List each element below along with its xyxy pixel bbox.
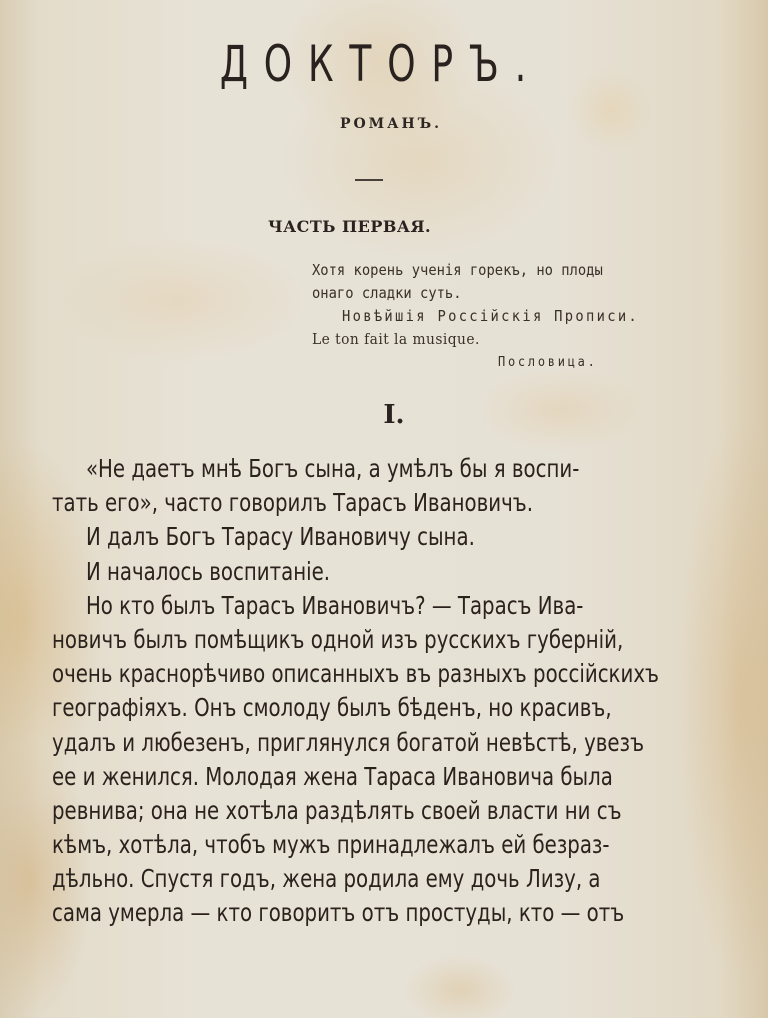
epigraph: Хотя корень ученія горекъ, но плоды онаг…: [312, 259, 712, 374]
title-divider: [355, 179, 383, 181]
epigraph-attribution: Пословица.: [498, 351, 695, 374]
epigraph-attribution: Новѣйшія Россійскія Прописи.: [342, 305, 682, 328]
text-line: ее и женился. Молодая жена Тараса Иванов…: [52, 760, 566, 794]
epigraph-line: онаго сладки суть.: [312, 282, 680, 305]
text-line: кѣмъ, хотѣла, чтобъ мужъ принадлежалъ ей…: [52, 828, 566, 862]
text-line: «Не даетъ мнѣ Богъ сына, а умѣлъ бы я во…: [82, 452, 572, 486]
text-line: очень краснорѣчиво описанныхъ въ разныхъ…: [52, 657, 566, 691]
epigraph-line: Хотя корень ученія горекъ, но плоды: [312, 259, 680, 282]
chapter-number: I.: [0, 400, 768, 430]
book-page: ДОКТОРЪ. РОМАНЪ. ЧАСТЬ ПЕРВАЯ. Хотя коре…: [0, 0, 768, 1018]
part-heading: ЧАСТЬ ПЕРВАЯ.: [268, 217, 431, 236]
body-text: «Не даетъ мнѣ Богъ сына, а умѣлъ бы я во…: [82, 452, 702, 931]
text-line: Но кто былъ Тарасъ Ивановичъ? — Тарасъ И…: [82, 589, 572, 623]
book-title: ДОКТОРЪ.: [104, 34, 657, 94]
epigraph-line: Le ton fait la musique.: [312, 328, 680, 351]
text-line: И началось воспитаніе.: [82, 555, 572, 589]
text-line: тать его», часто говорилъ Тарасъ Иванови…: [52, 486, 566, 520]
text-line: географіяхъ. Онъ смолоду былъ бѣденъ, но…: [52, 691, 566, 725]
text-line: новичъ былъ помѣщикъ одной изъ русскихъ …: [52, 623, 566, 657]
text-line: удалъ и любезенъ, приглянулся богатой не…: [52, 726, 566, 760]
text-line: И далъ Богъ Тарасу Ивановичу сына.: [82, 520, 572, 554]
text-line: дѣльно. Спустя годъ, жена родила ему доч…: [52, 862, 566, 896]
text-line: ревнива; она не хотѣла раздѣлять своей в…: [52, 794, 566, 828]
book-subtitle: РОМАНЪ.: [0, 116, 768, 132]
text-line: сама умерла — кто говоритъ отъ простуды,…: [52, 896, 566, 930]
